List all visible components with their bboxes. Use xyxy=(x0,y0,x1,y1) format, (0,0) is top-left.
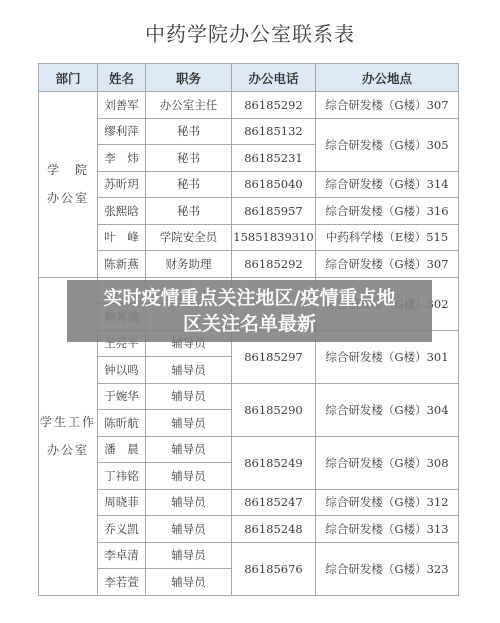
role-cell: 秘书 xyxy=(146,145,232,172)
name-cell: 钟以鸣 xyxy=(98,357,146,384)
phone-cell: 86185248 xyxy=(232,516,316,543)
location-cell: 综合研发楼（G楼）314 xyxy=(316,171,459,198)
role-cell: 办公室主任 xyxy=(146,92,232,119)
table-row: 周晓菲 辅导员 86185247 综合研发楼（G楼）312 xyxy=(39,489,459,516)
location-cell: 综合研发楼（G楼）313 xyxy=(316,516,459,543)
phone-cell: 86185132 xyxy=(232,118,316,145)
role-cell: 秘书 xyxy=(146,171,232,198)
headline-overlay-banner: 实时疫情重点关注地区/疫情重点地 区关注名单最新 xyxy=(67,280,432,342)
table-row: 潘 晨 辅导员 86185249 综合研发楼（G楼）308 xyxy=(39,436,459,463)
name-cell: 叶 峰 xyxy=(98,224,146,251)
location-cell: 综合研发楼（G楼）312 xyxy=(316,489,459,516)
name-cell: 苏昕玥 xyxy=(98,171,146,198)
table-header-row: 部门 姓名 职务 办公电话 办公地点 xyxy=(39,64,459,92)
location-cell: 综合研发楼（G楼）304 xyxy=(316,383,459,436)
role-cell: 辅导员 xyxy=(146,463,232,490)
table-row: 叶 峰 学院安全员 15851839310 中药科学楼（E楼）515 xyxy=(39,224,459,251)
role-cell: 辅导员 xyxy=(146,436,232,463)
table-row: 乔义凯 辅导员 86185248 综合研发楼（G楼）313 xyxy=(39,516,459,543)
name-cell: 乔义凯 xyxy=(98,516,146,543)
location-cell: 中药科学楼（E楼）515 xyxy=(316,224,459,251)
name-cell: 于婉华 xyxy=(98,383,146,410)
location-cell: 综合研发楼（G楼）307 xyxy=(316,251,459,278)
table-row: 张熙晗 秘书 86185957 综合研发楼（G楼）316 xyxy=(39,198,459,225)
phone-cell: 86185247 xyxy=(232,489,316,516)
phone-cell: 86185231 xyxy=(232,145,316,172)
table-row: 缪利萍 秘书 86185132 综合研发楼（G楼）305 xyxy=(39,118,459,145)
header-role: 职务 xyxy=(146,64,232,92)
department-label: 学生工作 xyxy=(39,408,97,436)
name-cell: 周晓菲 xyxy=(98,489,146,516)
role-cell: 辅导员 xyxy=(146,569,232,596)
table-row: 学 院 办公室 刘善军 办公室主任 86185292 综合研发楼（G楼）307 xyxy=(39,92,459,119)
location-cell: 综合研发楼（G楼）323 xyxy=(316,542,459,595)
header-phone: 办公电话 xyxy=(232,64,316,92)
name-cell: 李若萱 xyxy=(98,569,146,596)
phone-cell: 86185040 xyxy=(232,171,316,198)
document-title: 中药学院办公室联系表 xyxy=(0,18,500,47)
role-cell: 辅导员 xyxy=(146,410,232,437)
role-cell: 辅导员 xyxy=(146,357,232,384)
role-cell: 秘书 xyxy=(146,198,232,225)
department-label: 学 院 xyxy=(39,156,97,184)
location-cell: 综合研发楼（G楼）316 xyxy=(316,198,459,225)
table-row: 陈新燕 财务助理 86185292 综合研发楼（G楼）307 xyxy=(39,251,459,278)
phone-cell: 86185292 xyxy=(232,251,316,278)
name-cell: 张熙晗 xyxy=(98,198,146,225)
name-cell: 缪利萍 xyxy=(98,118,146,145)
overlay-headline-line2: 区关注名单最新 xyxy=(67,311,432,337)
location-cell: 综合研发楼（G楼）307 xyxy=(316,92,459,119)
header-department: 部门 xyxy=(39,64,98,92)
phone-cell: 86185957 xyxy=(232,198,316,225)
table-row: 苏昕玥 秘书 86185040 综合研发楼（G楼）314 xyxy=(39,171,459,198)
role-cell: 学院安全员 xyxy=(146,224,232,251)
name-cell: 刘善军 xyxy=(98,92,146,119)
phone-cell: 15851839310 xyxy=(232,224,316,251)
name-cell: 李 炜 xyxy=(98,145,146,172)
role-cell: 财务助理 xyxy=(146,251,232,278)
table-row: 李卓清 辅导员 86185676 综合研发楼（G楼）323 xyxy=(39,542,459,569)
role-cell: 辅导员 xyxy=(146,489,232,516)
phone-cell: 86185676 xyxy=(232,542,316,595)
role-cell: 辅导员 xyxy=(146,542,232,569)
phone-cell: 86185292 xyxy=(232,92,316,119)
role-cell: 辅导员 xyxy=(146,516,232,543)
department-label: 办公室 xyxy=(39,436,97,464)
name-cell: 丁祎铭 xyxy=(98,463,146,490)
role-cell: 辅导员 xyxy=(146,383,232,410)
header-location: 办公地点 xyxy=(316,64,459,92)
role-cell: 秘书 xyxy=(146,118,232,145)
phone-cell: 86185249 xyxy=(232,436,316,489)
phone-cell: 86185290 xyxy=(232,383,316,436)
name-cell: 李卓清 xyxy=(98,542,146,569)
department-cell: 学 院 办公室 xyxy=(39,92,98,278)
location-cell: 综合研发楼（G楼）305 xyxy=(316,118,459,171)
name-cell: 陈新燕 xyxy=(98,251,146,278)
name-cell: 陈昕航 xyxy=(98,410,146,437)
overlay-headline-line1: 实时疫情重点关注地区/疫情重点地 xyxy=(67,285,432,311)
department-label: 办公室 xyxy=(39,184,97,212)
header-name: 姓名 xyxy=(98,64,146,92)
table-row: 于婉华 辅导员 86185290 综合研发楼（G楼）304 xyxy=(39,383,459,410)
name-cell: 潘 晨 xyxy=(98,436,146,463)
location-cell: 综合研发楼（G楼）308 xyxy=(316,436,459,489)
